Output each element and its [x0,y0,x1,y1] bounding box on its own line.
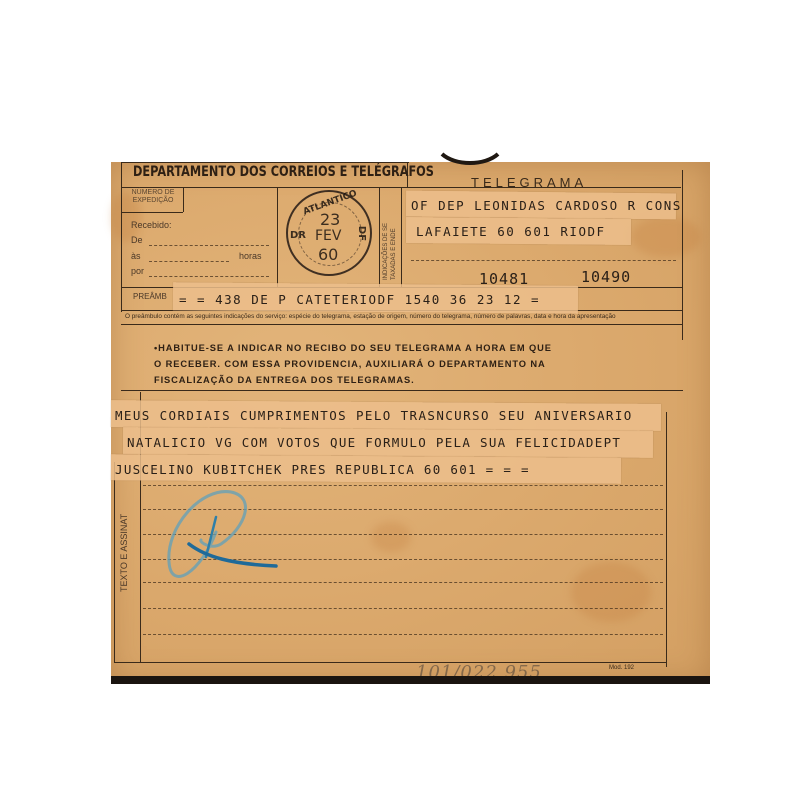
indicacoes-label: INDICAÇÕES DE SE [383,223,390,280]
rule [666,412,667,667]
numero-expedicao-label: NÚMERO DE EXPEDIÇÃO [125,189,181,205]
as-label: às [131,251,141,261]
address-line-1: OF DEP LEONIDAS CARDOSO R CONS [411,198,682,213]
address-field-line [411,260,676,261]
preamble-text: = = 438 DE P CATETERIODF 1540 36 23 12 = [179,292,540,307]
rule [114,662,667,663]
texto-assinatura-label: TEXTO E ASSINAT [121,514,128,592]
emblem-icon [440,150,500,166]
message-line-2: NATALICIO VG COM VOTOS QUE FORMULO PELA … [127,435,621,450]
notice-line: O RECEBER. COM ESSA PROVIDENCIA, AUXILIA… [154,356,552,372]
delivery-notice: •HABITUE-SE A INDICAR NO RECIBO DO SEU T… [154,340,552,388]
rule [121,162,409,163]
department-title: DEPARTAMENTO DOS CORREIOS E TELÉGRAFOS [133,164,434,180]
stain [571,562,651,622]
postmark-stamp: ATLANTICO 23 FEV 60 DR DF [286,190,372,276]
scan-bottom-edge [111,676,710,684]
recebido-label: Recebido: [131,220,172,230]
message-line-1: MEUS CORDIAIS CUMPRIMENTOS PELO TRASNCUR… [115,408,633,423]
postmark-day: 23 [320,210,340,229]
rule [114,462,115,662]
preambulo-label: PREÂMB [133,292,167,301]
telegram-number-second: 10490 [581,268,631,286]
rule [401,187,402,287]
rule [121,324,683,325]
por-field [149,276,269,277]
message-line-3: JUSCELINO KUBITCHEK PRES REPUBLICA 60 60… [115,462,530,477]
por-label: por [131,266,144,276]
message-line [143,608,663,609]
rule [121,390,683,391]
rule [121,162,122,312]
notice-line: •HABITUE-SE A INDICAR NO RECIBO DO SEU T… [154,340,552,356]
as-field [149,261,229,262]
rule [682,170,683,340]
horas-label: horas [239,251,262,261]
address-line-2: LAFAIETE 60 601 RIODF [416,224,606,239]
rule [379,187,380,287]
taxadas-label: TAXADAS E ENDE [391,228,398,280]
rule [121,212,183,213]
rule [277,187,278,287]
postmark-left: DR [290,230,306,241]
postmark-year: 60 [318,245,338,264]
telegram-form: DEPARTAMENTO DOS CORREIOS E TELÉGRAFOS T… [111,162,710,682]
preambulo-note: O preâmbulo contém as seguintes indicaçõ… [125,313,616,320]
postmark-month: FEV [315,228,341,244]
notice-line: FISCALIZAÇÃO DA ENTREGA DOS TELEGRAMAS. [154,372,552,388]
de-label: De [131,235,143,245]
postmark-right: DF [356,226,367,241]
stain [371,522,411,552]
rule [183,187,184,212]
de-field [149,245,269,246]
stain [631,217,701,257]
message-line [143,634,663,635]
form-model-label: Mod. 192 [609,665,634,671]
handwritten-initial-signature [161,482,281,592]
